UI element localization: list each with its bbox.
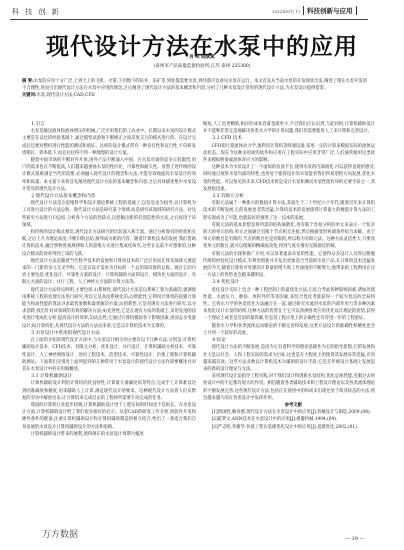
paragraph: 这种技术为水泵设计了一个虚拟的仿真平台,使得水泵的内部流化,可以获得直观的感受,…	[203, 164, 375, 193]
page-number: — 19 —	[345, 536, 365, 542]
paragraph: 有限元法的基本思想是将所需的结构离散化,用有限个容易分析的单元来表示一个复杂的大…	[203, 222, 375, 251]
abstract: 摘 要:水泵的应用十分广泛,上到天上的飞机、火箭,下到地下的钻井、采矿等,到处都…	[22, 78, 370, 100]
paragraph: 现代设计方法是随着当代科学技术的发展和计算机技术的广泛应用而在涉及领域大展起来的…	[22, 258, 196, 287]
section-heading: 2 现代设计方法基本概念和内容	[22, 193, 196, 200]
reference-item: [3]严志明,李薇华.价值工程在基础优化设计中的应用[J].基建优化,2002,…	[203, 424, 375, 431]
abstract-text: 水泵的应用十分广泛,上到天上的飞机、火箭,下到地下的钻井、采矿等,到处都需要水泵…	[22, 79, 367, 91]
paragraph: 计算机辅助设计带来的便利,使得现在的水泵设计周期大幅度	[22, 431, 196, 438]
section-heading: 3.3 有限元分析	[203, 193, 375, 200]
abstract-label: 摘 要:	[22, 79, 34, 84]
paragraph: 缩短,人工也更精简,相应的成本容量也就更小,不过我们应认识到,与此同时,计算机辅…	[203, 121, 375, 135]
references-heading: 参考文献	[203, 402, 375, 409]
section-heading: 3.1 计算机辅助设计	[22, 373, 196, 380]
section-heading: 3 水泵设计中常用的现代设计方法	[22, 330, 196, 337]
paragraph: 和传统的设计模式相比,现代设计方法研究的比较深入和丰富。通过分析现有的经验和实践…	[22, 229, 196, 258]
paragraph: 在上面的介绍的现代设计方法中,与水泵设计相关的主要有以下几种方法,分别是:计算机…	[22, 337, 196, 373]
paragraph: 水泵是输送液体和液体增压的机械,广泛应用我们的工农业中。长期以来水泵的设计模式主…	[22, 128, 196, 157]
paragraph: 现代设计方法是在思维科学和设计理论系统工程的基础上,以信息论为指导,以计算机为工…	[22, 200, 196, 229]
journal-name: 科 技 创 新	[12, 7, 61, 17]
right-column: 缩短,人工也更精简,相应的成本容量也就更小,不过我们应认识到,与此同时,计算机辅…	[203, 121, 375, 431]
paragraph: 现代设计方法的不断发展,是因为它有着科学的理论基础作为它的指导思想,它的发展和壮…	[203, 344, 375, 373]
paragraph: 随着水力学和各类流体运动理论的不断完善和发展,这类方法设计的准确性和精度也会上升…	[203, 323, 375, 337]
reference-item: [1]郭国胜,赖喜德.现代设计方法在水泵设计中的应用[J].机械设计与制造,20…	[203, 409, 375, 416]
section-heading: 3.2 CFD 技术	[203, 135, 375, 142]
authors: 肖 军 陆斌斌	[0, 54, 404, 60]
left-column: 1 引言水泵是输送液体和液体增压的机械,广泛应用我们的工农业中。长期以来水泵的设…	[22, 121, 196, 438]
section-heading: 3.4 优化设计	[203, 279, 375, 286]
section-heading: 4 结论	[203, 337, 375, 344]
section-heading: 1 引言	[22, 121, 196, 128]
header-rule	[10, 19, 368, 20]
paragraph: 现代设计方法特点鲜明,主要包括:1)系统性,现代设计方法是以系统工程为基础的,强…	[22, 287, 196, 330]
paragraph: 优化设计实际上包含一种工程控制上的最优化方法,它综合考虑各种影响因素,诸如处理性…	[203, 287, 375, 323]
paragraph: 采用现代设计法指导工程实践,对于我们设计和创新水泵结构,优化总体性能,克服过去经…	[203, 373, 375, 402]
paragraph: 我国的计算机行业起步较晚,计算机辅助设计用于工程实际的时间也不是很长。在水泵设计…	[22, 402, 196, 431]
paragraph: CFD即计算流体动力学,他利用计算机等终端设备,采用一定的计算来模拟实际的流体运…	[203, 143, 375, 165]
paragraph: 有限元法属于一种新兴的数值计算方法,其诞生于二十世纪六十年代,随着近年来计算机技…	[203, 200, 375, 222]
keywords-label: 关键词:	[22, 93, 36, 98]
issue-date: 2012年8月(下)	[272, 9, 300, 15]
section-label: 科技创新与应用	[303, 6, 357, 15]
watermark: 万方数据	[42, 527, 78, 540]
affiliation: (泰州市产品质量监督检验所,江苏 泰州 225300)	[0, 63, 404, 69]
reference-item: [2]霍梦文.ANN技术在水泵设计中的应用[J].排灌机械,1994,(04).	[203, 416, 375, 423]
paragraph: 有限元法的出现和推广应用,可以显著提高水泵的性能。它使得众多设计人员得以摆脱传统…	[203, 251, 375, 280]
paragraph: 计算机辅助设计利用计算机的优良特性,计算量大准确度高等特点,完成手工计算难以达到…	[22, 380, 196, 402]
keywords: 水泵;现代设计方法;CAD;CFD	[36, 93, 94, 98]
paragraph: 随着中国市场的不断对外开放,国外产品不断涌入中国。在水泵市场的竞争日趋激烈,用户…	[22, 157, 196, 193]
